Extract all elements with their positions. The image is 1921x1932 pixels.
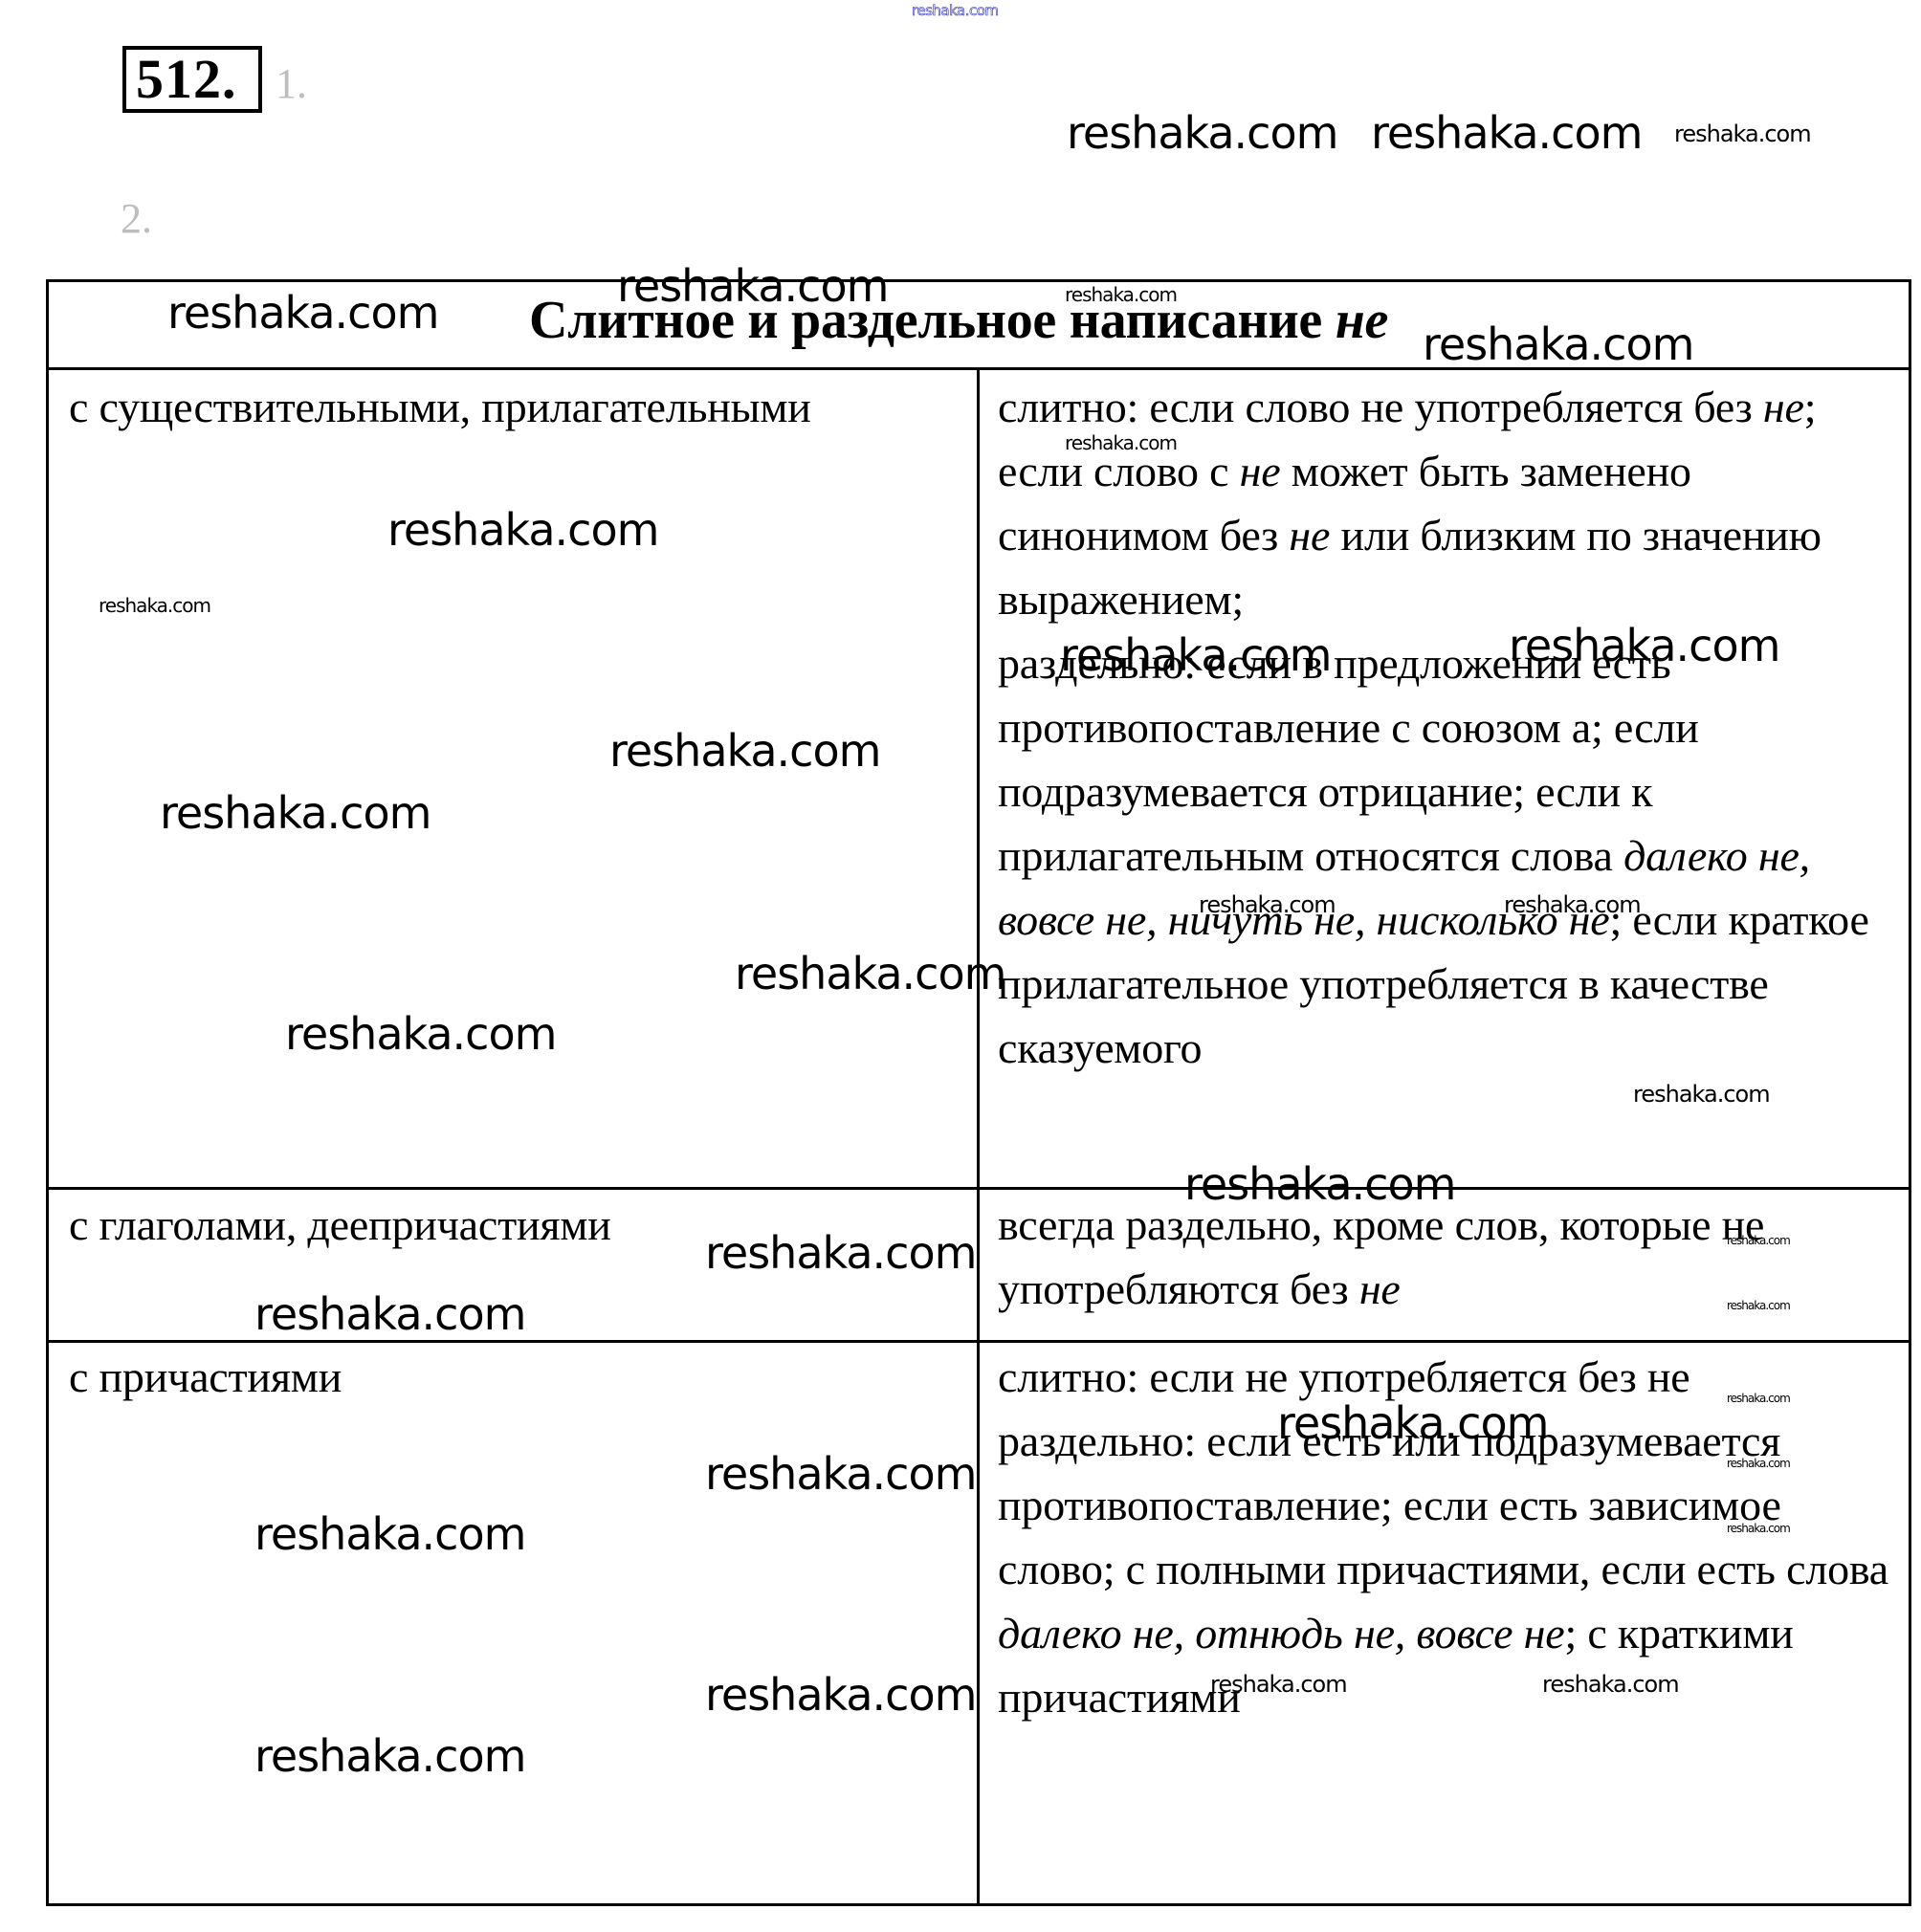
site-watermark: reshaka.com: [167, 287, 438, 339]
site-watermark: reshaka.com: [1727, 1299, 1790, 1312]
site-watermark: reshaka.com: [1727, 1522, 1790, 1535]
site-watermark: reshaka.com: [705, 1669, 976, 1721]
site-watermark: reshaka.com: [1067, 107, 1337, 159]
site-watermark: reshaka.com: [617, 260, 888, 312]
table-row-category: с причастиями: [69, 1345, 959, 1409]
site-watermark: reshaka.com: [1184, 1158, 1455, 1210]
text-fragment: слитно: если слово не употребляется без: [998, 383, 1763, 431]
task-2-label: 2.: [121, 194, 152, 243]
site-watermark: reshaka.com: [1504, 891, 1641, 918]
site-watermark: reshaka.com: [1199, 891, 1336, 918]
italic-fragment: не: [1289, 511, 1330, 560]
site-watermark: reshaka.com: [1423, 318, 1693, 370]
site-watermark: reshaka.com: [705, 1227, 976, 1279]
site-watermark: reshaka.com: [254, 1508, 525, 1560]
site-watermark: reshaka.com: [735, 948, 1005, 999]
italic-fragment: не: [1763, 383, 1804, 431]
table-column-divider: [977, 369, 980, 1904]
site-watermark: reshaka.com: [1727, 1392, 1790, 1405]
task-1-label: 1.: [276, 59, 307, 108]
site-watermark: reshaka.com: [705, 1448, 976, 1500]
site-watermark: reshaka.com: [609, 725, 880, 777]
site-watermark: reshaka.com: [1727, 1234, 1790, 1247]
site-watermark: reshaka.com: [1210, 1671, 1347, 1698]
site-watermark: reshaka.com: [1633, 1081, 1770, 1108]
exercise-number: 512.: [136, 47, 237, 111]
site-watermark: reshaka.com: [1065, 431, 1177, 454]
table-row-category: с существительными, прилагательными: [69, 375, 959, 439]
site-watermark: reshaka.com: [1065, 283, 1177, 306]
italic-fragment: не: [1240, 447, 1281, 495]
site-watermark: reshaka.com: [1674, 121, 1811, 147]
site-watermark-top: reshaka.com: [912, 2, 999, 19]
site-watermark: reshaka.com: [1277, 1397, 1548, 1449]
site-watermark: reshaka.com: [1542, 1671, 1679, 1698]
table-title-particle: не: [1336, 291, 1388, 350]
italic-fragment: далеко не, отнюдь не, вовсе не: [998, 1609, 1565, 1658]
site-watermark: reshaka.com: [254, 1288, 525, 1340]
text-fragment: слитно: если не употребляется без не: [998, 1352, 1689, 1401]
table-row-rule: слитно: если слово не употребляется без …: [998, 375, 1907, 1080]
italic-fragment: не: [1359, 1264, 1401, 1313]
site-watermark: reshaka.com: [254, 1730, 525, 1782]
site-watermark: reshaka.com: [1509, 620, 1779, 671]
site-watermark: reshaka.com: [285, 1008, 556, 1060]
site-watermark: reshaka.com: [387, 504, 658, 556]
site-watermark: reshaka.com: [1727, 1457, 1790, 1470]
site-watermark: reshaka.com: [160, 787, 431, 839]
exercise-number-box: 512.: [122, 46, 262, 113]
site-watermark: reshaka.com: [99, 594, 210, 617]
site-watermark: reshaka.com: [1371, 107, 1642, 159]
site-watermark: reshaka.com: [1060, 629, 1331, 681]
